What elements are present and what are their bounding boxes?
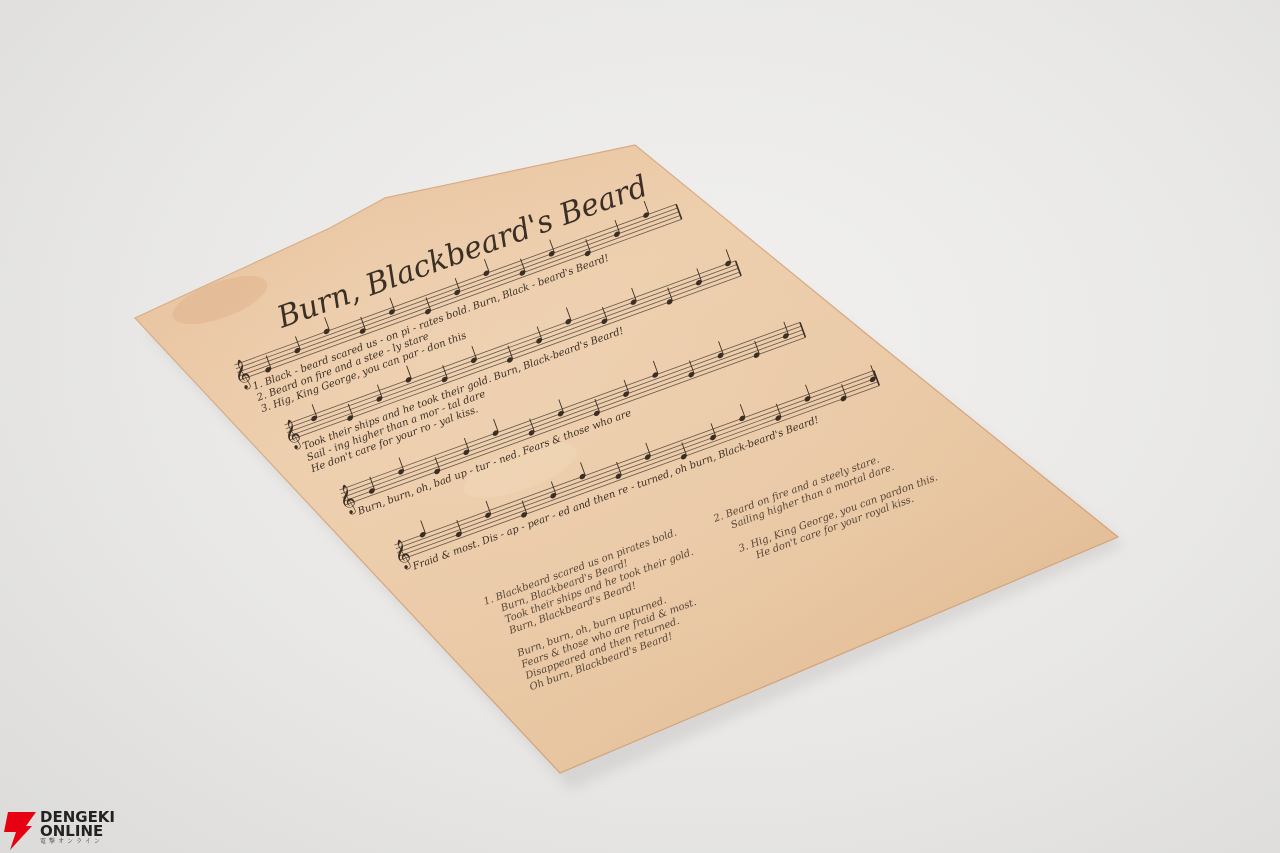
logo-sub: 電撃オンライン: [40, 838, 115, 846]
dengeki-online-logo: DENGEKI ONLINE 電撃オンライン: [2, 810, 132, 852]
photo-scene: Burn, Blackbeard's Beard 𝄞1. Black - bea…: [0, 0, 1280, 853]
lightning-bolt-icon: [2, 810, 38, 850]
